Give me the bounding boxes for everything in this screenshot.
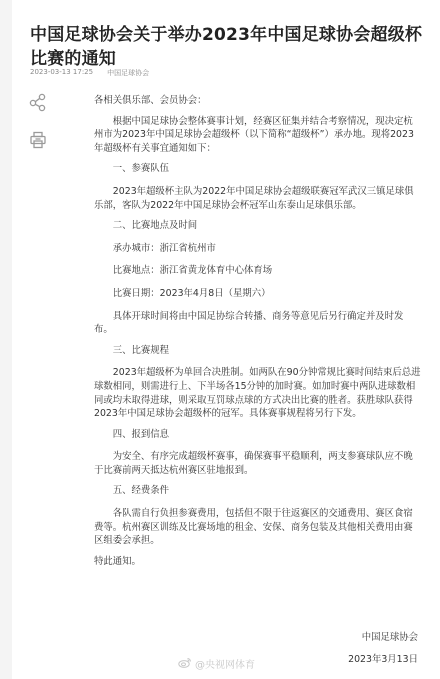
section-heading-teams: 一、参赛队伍 <box>94 162 422 176</box>
section-heading-venue-time: 二、比赛地点及时间 <box>94 219 422 233</box>
section-heading-rules: 三、比赛规程 <box>94 344 422 358</box>
print-icon[interactable] <box>28 130 48 150</box>
article-source: 中国足球协会 <box>107 68 149 78</box>
left-margin-strip <box>0 0 12 679</box>
article-meta: 2023-03-13 17:25 中国足球协会 <box>30 68 149 78</box>
section-paragraph-registration: 为安全、有序完成超级杯赛事，确保赛事平稳顺利，两支参赛球队应不晚于比赛前两天抵达… <box>94 450 422 477</box>
section-paragraph-teams: 2023年超级杯主队为2022年中国足球协会超级联赛冠军武汉三镇足球俱乐部，客队… <box>94 185 422 212</box>
share-icon[interactable] <box>28 92 48 112</box>
section-heading-expenses: 五、经费条件 <box>94 484 422 498</box>
signature-date: 2023年3月13日 <box>348 653 418 666</box>
section-heading-registration: 四、报到信息 <box>94 428 422 442</box>
signature: 中国足球协会 2023年3月13日 <box>348 631 418 675</box>
closing: 特此通知。 <box>94 555 422 569</box>
signature-org: 中国足球协会 <box>348 631 418 644</box>
article-body: 各相关俱乐部、会员协会： 根据中国足球协会整体赛事计划，经赛区征集并结合考察情况… <box>94 94 422 575</box>
section-paragraph-rules: 2023年超级杯为单回合决胜制。如两队在90分钟常规比赛时间结束后总进球数相同，… <box>94 366 422 420</box>
article-title: 中国足球协会关于举办2023年中国足球协会超级杯比赛的通知 <box>30 23 430 71</box>
section-paragraph-kickoff: 具体开球时间将由中国足协综合转播、商务等意见后另行确定并及时发布。 <box>94 310 422 337</box>
match-venue: 比赛地点：浙江省黄龙体育中心体育场 <box>94 264 422 278</box>
section-paragraph-expenses: 各队需自行负担参赛费用，包括但不限于往返赛区的交通费用、赛区食宿费等。杭州赛区训… <box>94 507 422 548</box>
match-date: 比赛日期：2023年4月8日（星期六） <box>94 287 422 301</box>
weibo-icon <box>178 657 192 671</box>
publish-datetime: 2023-03-13 17:25 <box>30 68 93 78</box>
intro-paragraph: 根据中国足球协会整体赛事计划，经赛区征集并结合考察情况，现决定杭州市为2023年… <box>94 115 422 156</box>
watermark-text: @央视网体育 <box>195 656 255 671</box>
side-actions <box>28 92 50 168</box>
watermark: @央视网体育 <box>178 656 255 671</box>
salutation: 各相关俱乐部、会员协会： <box>94 94 422 108</box>
host-city: 承办城市：浙江省杭州市 <box>94 242 422 256</box>
